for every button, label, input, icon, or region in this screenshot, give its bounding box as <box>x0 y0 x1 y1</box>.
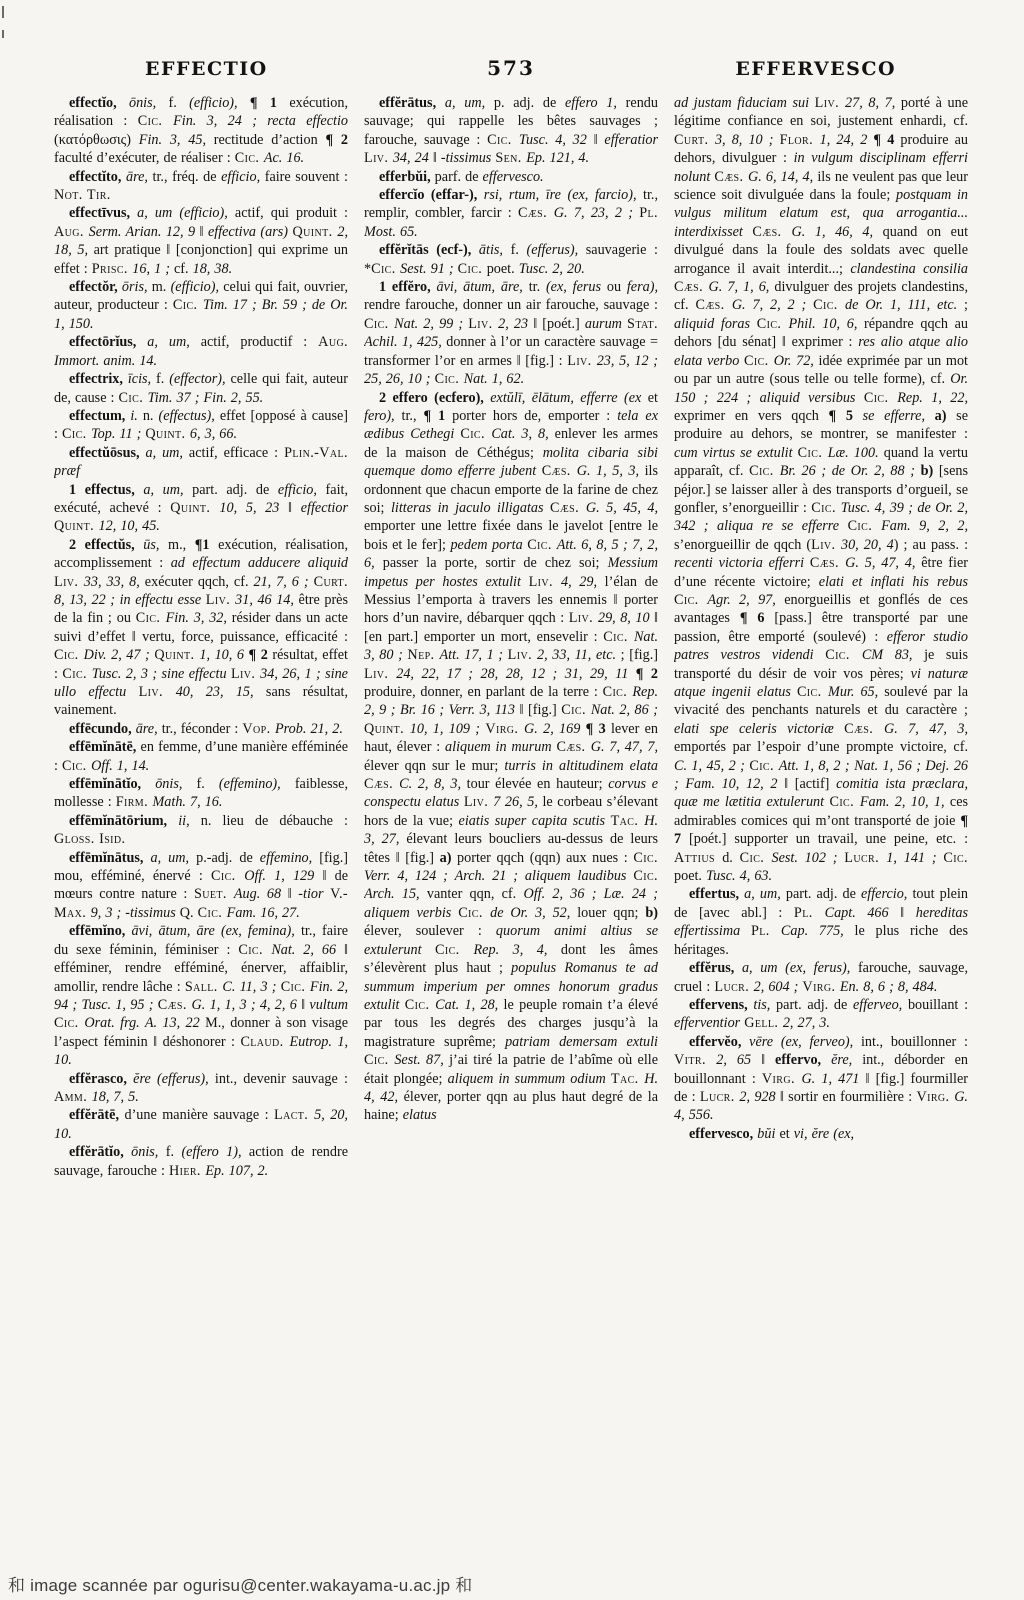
dictionary-entry: effectŭōsus, a, um, actif, efficace : Pl… <box>54 444 348 481</box>
dictionary-entry: effēmĭnātē, en femme, d’une manière effé… <box>54 738 348 775</box>
dictionary-entry: effĕrātus, a, um, p. adj. de effero 1, r… <box>364 94 658 168</box>
dictionary-entry: effĕrātē, d’une manière sauvage : Lact. … <box>54 1106 348 1143</box>
column-1: effectĭo, ōnis, f. (efficio), ¶ 1 exécut… <box>54 94 348 1556</box>
dictionary-entry: effercĭo (effar-), rsi, rtum, īre (ex, f… <box>364 186 658 241</box>
dictionary-entry: effervĕo, vēre (ex, ferveo), int., bouil… <box>674 1033 968 1125</box>
dictionary-entry: 2 effectŭs, ūs, m., ¶1 exécution, réalis… <box>54 536 348 720</box>
footer-caption: 和 image scannée par ogurisu@center.wakay… <box>8 1571 472 1596</box>
dictionary-entry: 1 effectus, a, um, part. adj. de efficio… <box>54 481 348 536</box>
dictionary-entry: effertus, a, um, part. adj. de effercio,… <box>674 885 968 959</box>
column-2: effĕrātus, a, um, p. adj. de effero 1, r… <box>364 94 658 1556</box>
dictionary-entry: effĕrĭtās (ecf-), ātis, f. (efferus), sa… <box>364 241 658 278</box>
dictionary-entry: effervens, tis, part. adj. de efferveo, … <box>674 996 968 1033</box>
column-3: ad justam fiduciam sui Liv. 27, 8, 7, po… <box>674 94 968 1556</box>
dictionary-entry: effĕrus, a, um (ex, ferus), farouche, sa… <box>674 959 968 996</box>
scan-artifact <box>2 30 4 38</box>
dictionary-entry: effēmĭnātōrium, ii, n. lieu de débauche … <box>54 812 348 849</box>
dictionary-entry: effervesco, bŭi et vi, ĕre (ex, <box>674 1125 968 1143</box>
dictionary-entry: 1 effĕro, āvi, ātum, āre, tr. (ex, ferus… <box>364 278 658 388</box>
scan-artifact <box>2 6 4 18</box>
dictionary-entry: effēmĭno, āvi, ātum, āre (ex, femina), t… <box>54 922 348 1069</box>
dictionary-entry: effĕrasco, ĕre (efferus), int., devenir … <box>54 1070 348 1107</box>
dictionary-entry: effectīvus, a, um (efficio), actif, qui … <box>54 204 348 278</box>
dictionary-entry: effēcundo, āre, tr., féconder : Vop. Pro… <box>54 720 348 738</box>
dictionary-entry: effectum, i. n. (effectus), effet [oppos… <box>54 407 348 444</box>
dictionary-entry: effectrix, īcis, f. (effector), celle qu… <box>54 370 348 407</box>
dictionary-entry: effectĭto, āre, tr., fréq. de efficio, f… <box>54 168 348 205</box>
header-right-keyword: EFFERVESCO <box>663 58 968 80</box>
page-number: 573 <box>359 56 664 80</box>
dictionary-entry: effĕrātĭo, ōnis, f. (effero 1), action d… <box>54 1143 348 1180</box>
scanned-dictionary-page: EFFECTIO 573 EFFERVESCO effectĭo, ōnis, … <box>0 0 1024 1600</box>
dictionary-entry: effectĭo, ōnis, f. (efficio), ¶ 1 exécut… <box>54 94 348 168</box>
dictionary-entry: 2 effero (ecfero), extŭlī, ēlātum, effer… <box>364 389 658 1125</box>
dictionary-entry: efferbŭi, parf. de effervesco. <box>364 168 658 186</box>
dictionary-entry: effectōrĭus, a, um, actif, productif : A… <box>54 333 348 370</box>
dictionary-entry: effectŏr, ōris, m. (efficio), celui qui … <box>54 278 348 333</box>
dictionary-entry: effēmĭnātĭo, ōnis, f. (effemino), faible… <box>54 775 348 812</box>
dictionary-entry: effēmĭnātus, a, um, p.-adj. de effemino,… <box>54 849 348 923</box>
entry-continuation: ad justam fiduciam sui Liv. 27, 8, 7, po… <box>674 94 968 885</box>
page-header: EFFECTIO 573 EFFERVESCO <box>54 56 968 80</box>
header-left-keyword: EFFECTIO <box>54 58 359 80</box>
page-body: effectĭo, ōnis, f. (efficio), ¶ 1 exécut… <box>54 94 968 1556</box>
